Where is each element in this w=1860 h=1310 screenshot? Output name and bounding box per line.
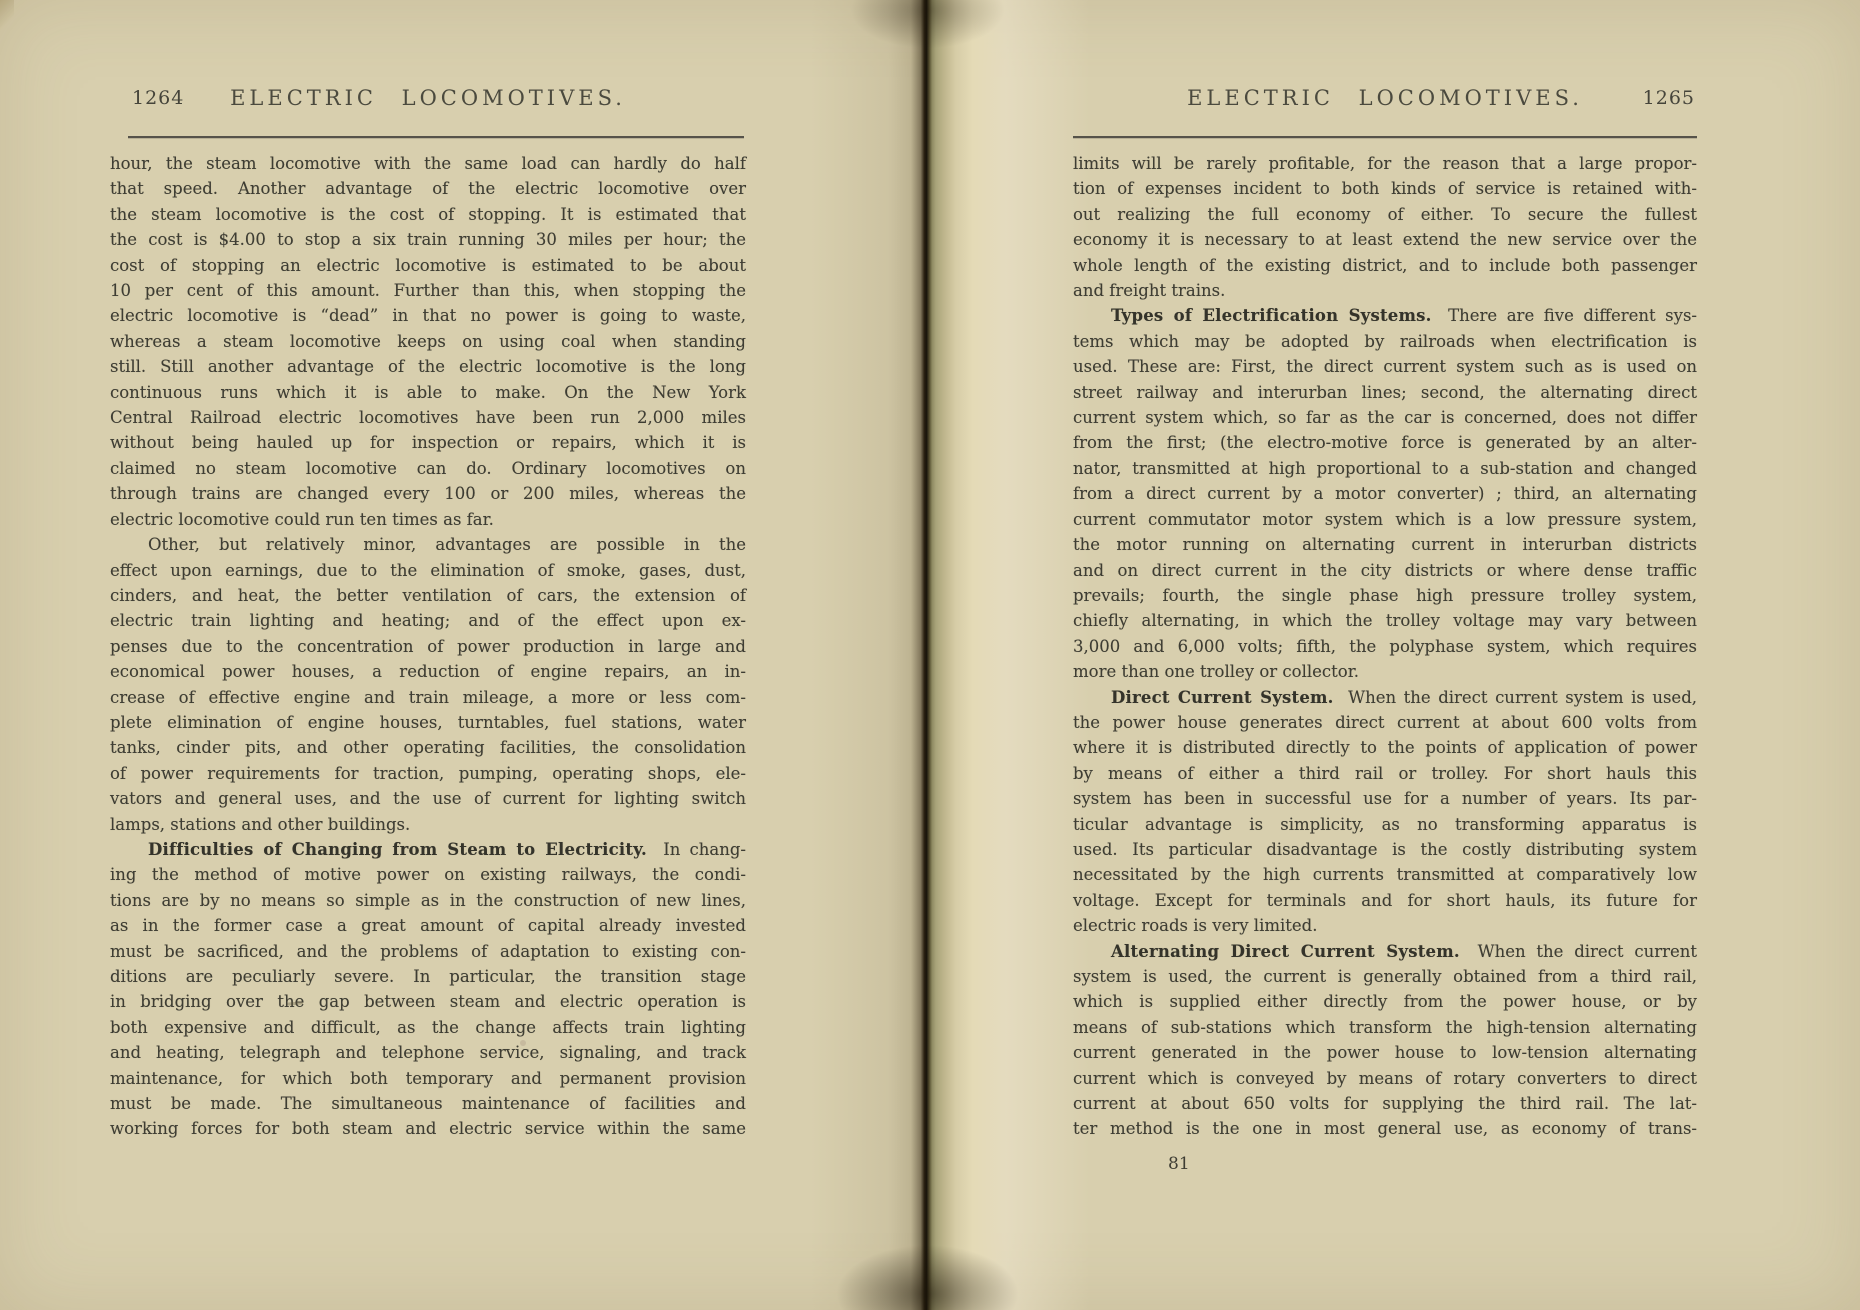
text-line: cost of stopping an electric locomotive … xyxy=(110,253,746,278)
scan-corner-shadow xyxy=(0,0,14,30)
text-line: both expensive and difficult, as the cha… xyxy=(110,1015,746,1040)
text-line: necessitated by the high currents transm… xyxy=(1073,862,1697,887)
text-line: the steam locomotive is the cost of stop… xyxy=(110,202,746,227)
text-line: electric locomotive could run ten times … xyxy=(110,507,746,532)
left-page-header: 1264 ELECTRIC LOCOMOTIVES. xyxy=(110,86,746,136)
text-line: must be made. The simultaneous maintenan… xyxy=(110,1091,746,1116)
book-gutter-fold xyxy=(810,0,1090,1310)
text-line: nator, transmitted at high proportional … xyxy=(1073,456,1697,481)
left-page-text: hour, the steam locomotive with the same… xyxy=(110,151,746,1142)
text-line: 3,000 and 6,000 volts; fifth, the polyph… xyxy=(1073,634,1697,659)
text-line: in bridging over the gap between steam a… xyxy=(110,989,746,1014)
text-line: tems which may be adopted by railroads w… xyxy=(1073,329,1697,354)
text-line: Other, but relatively minor, advantages … xyxy=(110,532,746,557)
left-page: 1264 ELECTRIC LOCOMOTIVES. hour, the ste… xyxy=(110,86,746,1142)
text-line: ter method is the one in most general us… xyxy=(1073,1116,1697,1141)
text-line: and heating, telegraph and telephone ser… xyxy=(110,1040,746,1065)
right-page-header: ELECTRIC LOCOMOTIVES. 1265 xyxy=(1073,86,1697,136)
text-line: current generated in the power house to … xyxy=(1073,1040,1697,1065)
run-in-heading: Alternating Direct Current System. xyxy=(1111,942,1460,961)
text-line: ing the method of motive power on existi… xyxy=(110,862,746,887)
right-page-text: limits will be rarely profitable, for th… xyxy=(1073,151,1697,1142)
text-line: electric locomotive is “dead” in that no… xyxy=(110,303,746,328)
text-line-with-heading: Alternating Direct Current System. When … xyxy=(1073,939,1697,964)
text-line: street railway and interurban lines; sec… xyxy=(1073,380,1697,405)
text-line: tions are by no means so simple as in th… xyxy=(110,888,746,913)
text-line: through trains are changed every 100 or … xyxy=(110,481,746,506)
text-line-with-heading: Types of Electrification Systems. There … xyxy=(1073,303,1697,328)
text-line: economy it is necessary to at least exte… xyxy=(1073,227,1697,252)
text-line: economical power houses, a reduction of … xyxy=(110,659,746,684)
text-line: voltage. Except for terminals and for sh… xyxy=(1073,888,1697,913)
right-running-title: ELECTRIC LOCOMOTIVES. xyxy=(1073,86,1697,110)
text-line: system has been in successful use for a … xyxy=(1073,786,1697,811)
run-in-heading: Direct Current System. xyxy=(1111,688,1334,707)
text-line: system is used, the current is generally… xyxy=(1073,964,1697,989)
run-in-heading: Types of Electrification Systems. xyxy=(1111,306,1432,325)
text-line-with-heading: Direct Current System. When the direct c… xyxy=(1073,685,1697,710)
text-line: crease of effective engine and train mil… xyxy=(110,685,746,710)
text-line: which is supplied either directly from t… xyxy=(1073,989,1697,1014)
text-line: current commutator motor system which is… xyxy=(1073,507,1697,532)
text-line: used. Its particular disadvantage is the… xyxy=(1073,837,1697,862)
signature-mark: 81 xyxy=(1168,1154,1190,1174)
text-line: by means of either a third rail or troll… xyxy=(1073,761,1697,786)
text-line: tion of expenses incident to both kinds … xyxy=(1073,176,1697,201)
text-line: without being hauled up for inspection o… xyxy=(110,430,746,455)
text-line: current system which, so far as the car … xyxy=(1073,405,1697,430)
text-line: whole length of the existing district, a… xyxy=(1073,253,1697,278)
text-line: where it is distributed directly to the … xyxy=(1073,735,1697,760)
text-line: from the first; (the electro-motive forc… xyxy=(1073,430,1697,455)
text-line: chiefly alternating, in which the trolle… xyxy=(1073,608,1697,633)
text-line: used. These are: First, the direct curre… xyxy=(1073,354,1697,379)
book-spread-scan: 1264 ELECTRIC LOCOMOTIVES. hour, the ste… xyxy=(0,0,1860,1310)
text-line: from a direct current by a motor convert… xyxy=(1073,481,1697,506)
text-line: ditions are peculiarly severe. In partic… xyxy=(110,964,746,989)
right-page: ELECTRIC LOCOMOTIVES. 1265 limits will b… xyxy=(1073,86,1697,1142)
text-line: whereas a steam locomotive keeps on usin… xyxy=(110,329,746,354)
text-line: continuous runs which it is able to make… xyxy=(110,380,746,405)
text-line: as in the former case a great amount of … xyxy=(110,913,746,938)
text-line: ticular advantage is simplicity, as no t… xyxy=(1073,812,1697,837)
left-page-number: 1264 xyxy=(132,87,184,109)
text-line-with-heading: Difficulties of Changing from Steam to E… xyxy=(110,837,746,862)
text-line: electric train lighting and heating; and… xyxy=(110,608,746,633)
text-line: limits will be rarely profitable, for th… xyxy=(1073,151,1697,176)
text-line: the power house generates direct current… xyxy=(1073,710,1697,735)
text-line: prevails; fourth, the single phase high … xyxy=(1073,583,1697,608)
text-line: must be sacrificed, and the problems of … xyxy=(110,939,746,964)
text-line: and freight trains. xyxy=(1073,278,1697,303)
text-line: and on direct current in the city distri… xyxy=(1073,558,1697,583)
text-line: cinders, and heat, the better ventilatio… xyxy=(110,583,746,608)
text-line: vators and general uses, and the use of … xyxy=(110,786,746,811)
scan-speck xyxy=(520,1040,526,1046)
text-line: means of sub-stations which transform th… xyxy=(1073,1015,1697,1040)
text-line: out realizing the full economy of either… xyxy=(1073,202,1697,227)
right-page-number: 1265 xyxy=(1643,87,1695,109)
text-line: maintenance, for which both temporary an… xyxy=(110,1066,746,1091)
text-line: effect upon earnings, due to the elimina… xyxy=(110,558,746,583)
text-line: still. Still another advantage of the el… xyxy=(110,354,746,379)
text-line: more than one trolley or collector. xyxy=(1073,659,1697,684)
text-line: tanks, cinder pits, and other operating … xyxy=(110,735,746,760)
text-line: the cost is $4.00 to stop a six train ru… xyxy=(110,227,746,252)
text-line: the motor running on alternating current… xyxy=(1073,532,1697,557)
text-line: electric roads is very limited. xyxy=(1073,913,1697,938)
text-line: current which is conveyed by means of ro… xyxy=(1073,1066,1697,1091)
right-header-rule xyxy=(1073,136,1697,138)
left-running-title: ELECTRIC LOCOMOTIVES. xyxy=(110,86,746,110)
run-in-heading: Difficulties of Changing from Steam to E… xyxy=(148,840,647,859)
text-line: Central Railroad electric locomotives ha… xyxy=(110,405,746,430)
text-line: lamps, stations and other buildings. xyxy=(110,812,746,837)
left-header-rule xyxy=(128,136,744,138)
text-line: penses due to the concentration of power… xyxy=(110,634,746,659)
text-line: that speed. Another advantage of the ele… xyxy=(110,176,746,201)
text-line: plete elimination of engine houses, turn… xyxy=(110,710,746,735)
text-line: claimed no steam locomotive can do. Ordi… xyxy=(110,456,746,481)
text-line: of power requirements for traction, pump… xyxy=(110,761,746,786)
text-line: 10 per cent of this amount. Further than… xyxy=(110,278,746,303)
text-line: current at about 650 volts for supplying… xyxy=(1073,1091,1697,1116)
text-line: hour, the steam locomotive with the same… xyxy=(110,151,746,176)
text-line: working forces for both steam and electr… xyxy=(110,1116,746,1141)
